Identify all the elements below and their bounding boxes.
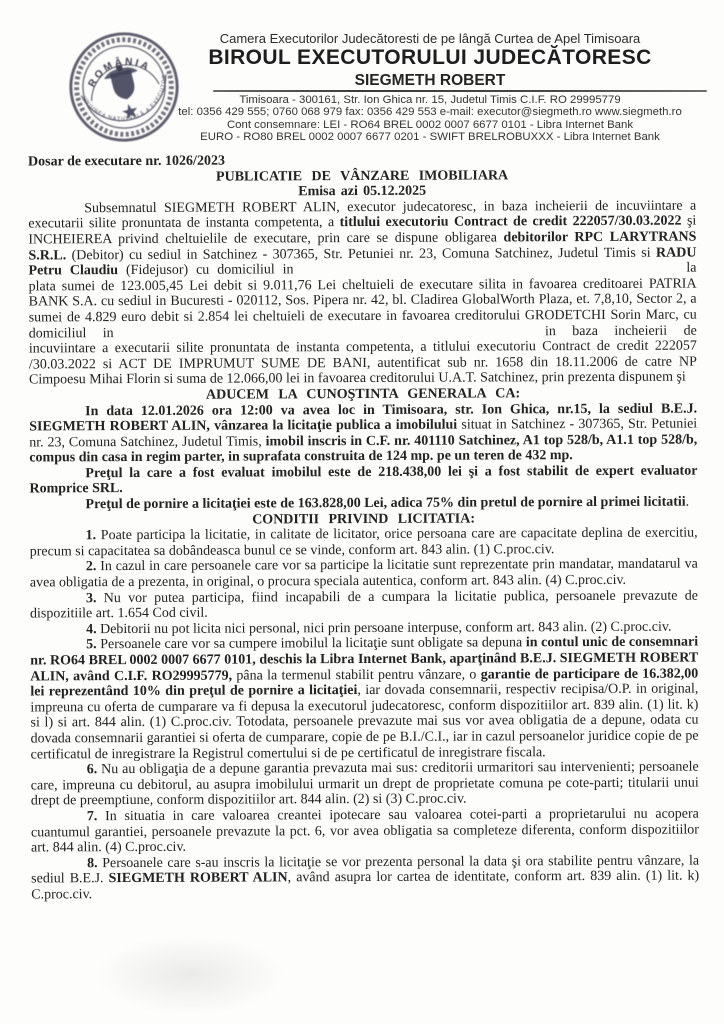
bold-text-run: Preţul de pornire a licitaţiei este de 1… bbox=[85, 495, 685, 513]
bold-text-run: 1. bbox=[86, 528, 97, 543]
condition-2: 2. In cazul in care persoanele care vor … bbox=[30, 557, 698, 591]
auction-details-paragraph: In data 12.01.2026 ora 12:00 va avea loc… bbox=[29, 401, 697, 466]
contact-line: tel: 0356 429 555; 0760 068 979 fax: 035… bbox=[150, 106, 710, 118]
text-run: (Debitor) cu sediul in Satchinez - 30736… bbox=[66, 245, 656, 263]
bold-text-run: 7. bbox=[87, 809, 98, 824]
account-line-euro: EURO - RO80 BREL 0002 0007 6677 0201 - S… bbox=[150, 131, 710, 143]
bold-text-run: 2. bbox=[86, 560, 97, 575]
text-run: Nu vor putea participa, fiind incapabili… bbox=[30, 588, 698, 622]
letterhead-details: Timisoara - 300161, Str. Ion Ghica nr. 1… bbox=[150, 94, 710, 144]
bold-text-run: 6. bbox=[87, 762, 98, 777]
starting-price-paragraph: Preţul de pornire a licitaţiei este de 1… bbox=[30, 495, 698, 514]
scanned-document-page: ROMÂNIA UNIUNEA NAŢIONALĂ A EXECUTORILOR… bbox=[0, 0, 724, 1024]
bold-text-run: titlului executoriu Contract de credit 2… bbox=[340, 214, 682, 230]
bold-text-run: SIEGMETH ROBERT ALIN bbox=[109, 871, 288, 887]
document-paragraphs: Subsemnatul SIEGMETH ROBERT ALIN, execut… bbox=[28, 198, 699, 903]
bold-text-run: 3. bbox=[86, 591, 97, 606]
document-body: Dosar de executare nr. 1026/2023 PUBLICA… bbox=[28, 152, 699, 903]
text-run: Nu au obligaţia de a depune garantia pre… bbox=[31, 760, 699, 809]
text-run: In cazul in care persoanele care vor sa … bbox=[30, 557, 698, 591]
text-run: (Fidejusor) cu domiciliul in bbox=[118, 262, 301, 278]
office-name: BIROUL EXECUTORULUI JUDECĂTORESC bbox=[150, 46, 710, 70]
condition-8: 8. Persoanele care s-au inscris la licit… bbox=[31, 853, 699, 903]
account-line-lei: Cont consemnare: LEI - RO64 BREL 0002 00… bbox=[150, 119, 710, 131]
bold-text-run: CONDITII PRIVIND LICITATIA: bbox=[252, 511, 475, 527]
executor-name: SIEGMETH ROBERT bbox=[150, 72, 710, 90]
intro-paragraph: Subsemnatul SIEGMETH ROBERT ALIN, execut… bbox=[28, 198, 697, 388]
chamber-line: Camera Executorilor Judecătoresti de pe … bbox=[150, 31, 710, 46]
scan-smudge bbox=[95, 935, 285, 1015]
text-run: . bbox=[686, 495, 690, 510]
condition-5: 5. Persoanele care vor sa cumpere imobil… bbox=[30, 635, 699, 763]
bold-text-run: 5. bbox=[86, 638, 97, 653]
text-run: Persoanele care vor sa cumpere imobilul … bbox=[97, 636, 526, 653]
text-run: In situatia in care valoarea creantei ip… bbox=[31, 806, 699, 855]
redacted-gap bbox=[130, 334, 545, 337]
letterhead-divider bbox=[213, 90, 707, 92]
bold-text-run: Preţul la care a fost evaluat imobilul e… bbox=[29, 463, 697, 497]
condition-1: 1. Poate participa la licitatie, in cali… bbox=[30, 526, 698, 560]
text-run: Debitorii nu pot licita nici personal, n… bbox=[97, 619, 672, 637]
text-run: pâna la termenul stabilit pentru vânzare… bbox=[232, 667, 481, 683]
bold-text-run: ADUCEM LA CUNOŞTINTA GENERALA CA: bbox=[206, 386, 520, 402]
redacted-gap bbox=[301, 271, 686, 274]
condition-6: 6. Nu au obligaţia de a depune garantia … bbox=[31, 760, 699, 810]
bold-text-run: 4. bbox=[86, 622, 97, 637]
condition-7: 7. In situatia in care valoarea creantei… bbox=[31, 806, 699, 856]
bold-text-run: 8. bbox=[87, 856, 98, 871]
address-line: Timisoara - 300161, Str. Ion Ghica nr. 1… bbox=[150, 94, 710, 106]
condition-3: 3. Nu vor putea participa, fiind incapab… bbox=[30, 588, 698, 622]
valuation-paragraph: Preţul la care a fost evaluat imobilul e… bbox=[29, 463, 697, 497]
text-run: Poate participa la licitatie, in calitat… bbox=[30, 526, 698, 560]
